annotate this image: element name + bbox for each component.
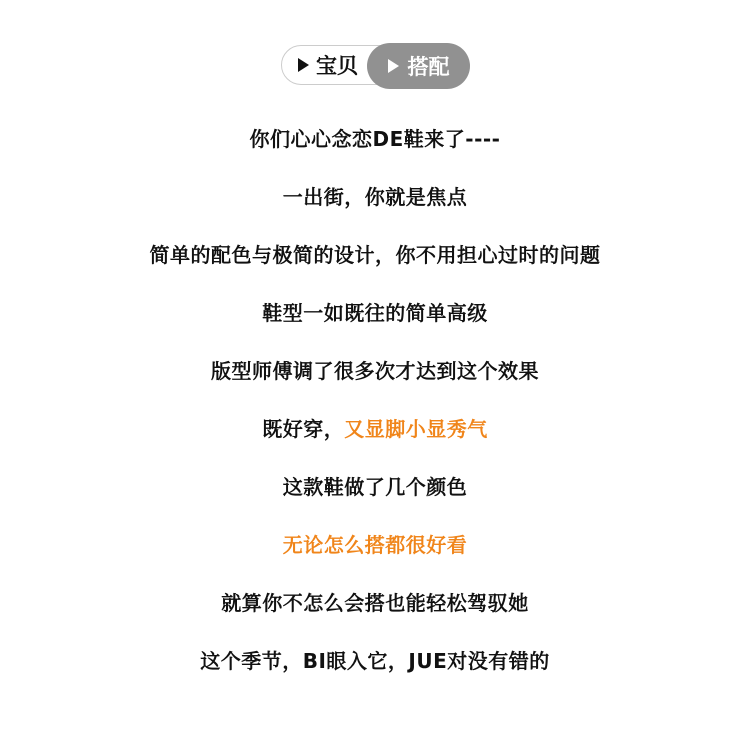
- tab-baobei-label: 宝贝: [316, 50, 358, 80]
- text-segment: 简单的配色与极简的设计，你不用担心过时的问题: [150, 239, 601, 268]
- marketing-text-block: 你们心心念恋DE鞋来了---- 一出街，你就是焦点 简单的配色与极简的设计，你不…: [0, 108, 750, 688]
- text-line: 版型师傅调了很多次才达到这个效果: [0, 340, 750, 398]
- play-icon: [298, 58, 309, 72]
- text-line: 既好穿，又显脚小显秀气: [0, 398, 750, 456]
- text-line: 一出街，你就是焦点: [0, 166, 750, 224]
- text-segment-highlight: 又显脚小显秀气: [344, 413, 488, 442]
- text-line: 就算你不怎么会搭也能轻松驾驭她: [0, 572, 750, 630]
- text-segment: 你们心心念恋DE鞋来了----: [250, 123, 501, 152]
- text-segment: 这款鞋做了几个颜色: [283, 471, 468, 500]
- text-segment: 既好穿，: [262, 413, 344, 442]
- text-segment: 就算你不怎么会搭也能轻松驾驭她: [221, 587, 529, 616]
- tab-switcher-row: 宝贝 搭配: [0, 0, 750, 85]
- text-segment: 鞋型一如既往的简单高级: [262, 297, 488, 326]
- text-segment: 版型师傅调了很多次才达到这个效果: [211, 355, 539, 384]
- text-segment: 一出街，你就是焦点: [283, 181, 468, 210]
- tab-dapei-label: 搭配: [408, 51, 450, 81]
- text-line: 无论怎么搭都很好看: [0, 514, 750, 572]
- text-line: 你们心心念恋DE鞋来了----: [0, 108, 750, 166]
- play-icon: [388, 59, 399, 73]
- text-segment: 这个季节，BI眼入它，JUE对没有错的: [200, 645, 550, 674]
- tab-switcher: 宝贝 搭配: [281, 45, 469, 85]
- text-line: 这个季节，BI眼入它，JUE对没有错的: [0, 630, 750, 688]
- product-description-page: 宝贝 搭配 你们心心念恋DE鞋来了---- 一出街，你就是焦点 简单的配色与极简…: [0, 0, 750, 688]
- tab-baobei[interactable]: 宝贝: [282, 50, 374, 80]
- text-line: 简单的配色与极简的设计，你不用担心过时的问题: [0, 224, 750, 282]
- text-segment-highlight: 无论怎么搭都很好看: [283, 529, 468, 558]
- text-line: 鞋型一如既往的简单高级: [0, 282, 750, 340]
- text-line: 这款鞋做了几个颜色: [0, 456, 750, 514]
- tab-dapei[interactable]: 搭配: [367, 43, 470, 89]
